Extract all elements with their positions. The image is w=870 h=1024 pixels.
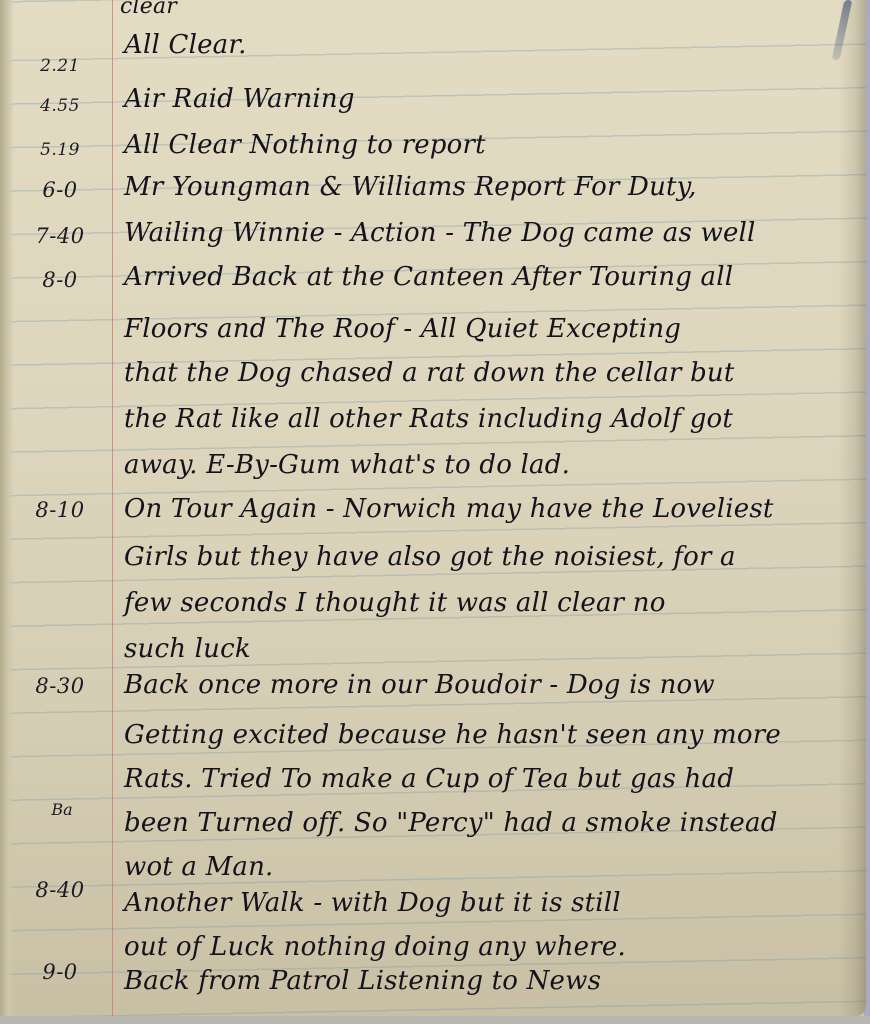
entry-time: 4.55 <box>14 96 106 116</box>
entry-text: Air Raid Warning <box>124 84 848 114</box>
entry-text-line: Getting excited because he hasn't seen a… <box>124 720 848 750</box>
entry-time: 6-0 <box>14 178 106 202</box>
entry-text-line: such luck <box>124 634 848 664</box>
entry-text-line: Back once more in our Boudoir - Dog is n… <box>124 670 848 700</box>
entry-time: 7-40 <box>14 224 106 248</box>
entry-text-line: wot a Man. <box>124 852 848 882</box>
entry-text-line: Girls but they have also got the noisies… <box>124 542 848 572</box>
entry-text-line: that the Dog chased a rat down the cella… <box>124 358 848 388</box>
entry-text: All Clear. <box>124 30 848 60</box>
entry-text-line: Another Walk - with Dog but it is still <box>124 888 848 918</box>
entry-time: 2.21 <box>14 56 106 76</box>
entry-text-line: been Turned off. So "Percy" had a smoke … <box>124 808 848 838</box>
margin-annotation: Ba <box>32 800 92 819</box>
log-page: clear All Clear. 2.21 4.55 Air Raid Warn… <box>0 0 866 1016</box>
entry-text-line: out of Luck nothing doing any where. <box>124 932 848 962</box>
entry-text-line: On Tour Again - Norwich may have the Lov… <box>124 494 848 524</box>
entry-time: 8-10 <box>14 498 106 522</box>
background-bottom <box>0 1016 870 1024</box>
entry-text: Mr Youngman & Williams Report For Duty, <box>124 172 848 202</box>
entry-text-line: Arrived Back at the Canteen After Tourin… <box>124 262 848 292</box>
entry-time: 8-30 <box>14 674 106 698</box>
page-binding <box>0 0 14 1016</box>
continuation-text: clear <box>120 0 848 22</box>
entry-text-line: Rats. Tried To make a Cup of Tea but gas… <box>124 764 848 794</box>
margin-rule <box>112 0 113 1016</box>
entry-text-line: Back from Patrol Listening to News <box>124 966 848 996</box>
entry-text: All Clear Nothing to report <box>124 130 848 160</box>
entry-time: 9-0 <box>14 960 106 984</box>
entry-time: 8-40 <box>14 878 106 902</box>
entry-text-line: away. E-By-Gum what's to do lad. <box>124 450 848 480</box>
entry-text: Wailing Winnie - Action - The Dog came a… <box>124 218 848 248</box>
entry-time: 5.19 <box>14 140 106 160</box>
entry-text-line: the Rat like all other Rats including Ad… <box>124 404 848 434</box>
entry-text-line: Floors and The Roof - All Quiet Exceptin… <box>124 314 848 344</box>
entry-time: 8-0 <box>14 268 106 292</box>
entry-text-line: few seconds I thought it was all clear n… <box>124 588 848 618</box>
